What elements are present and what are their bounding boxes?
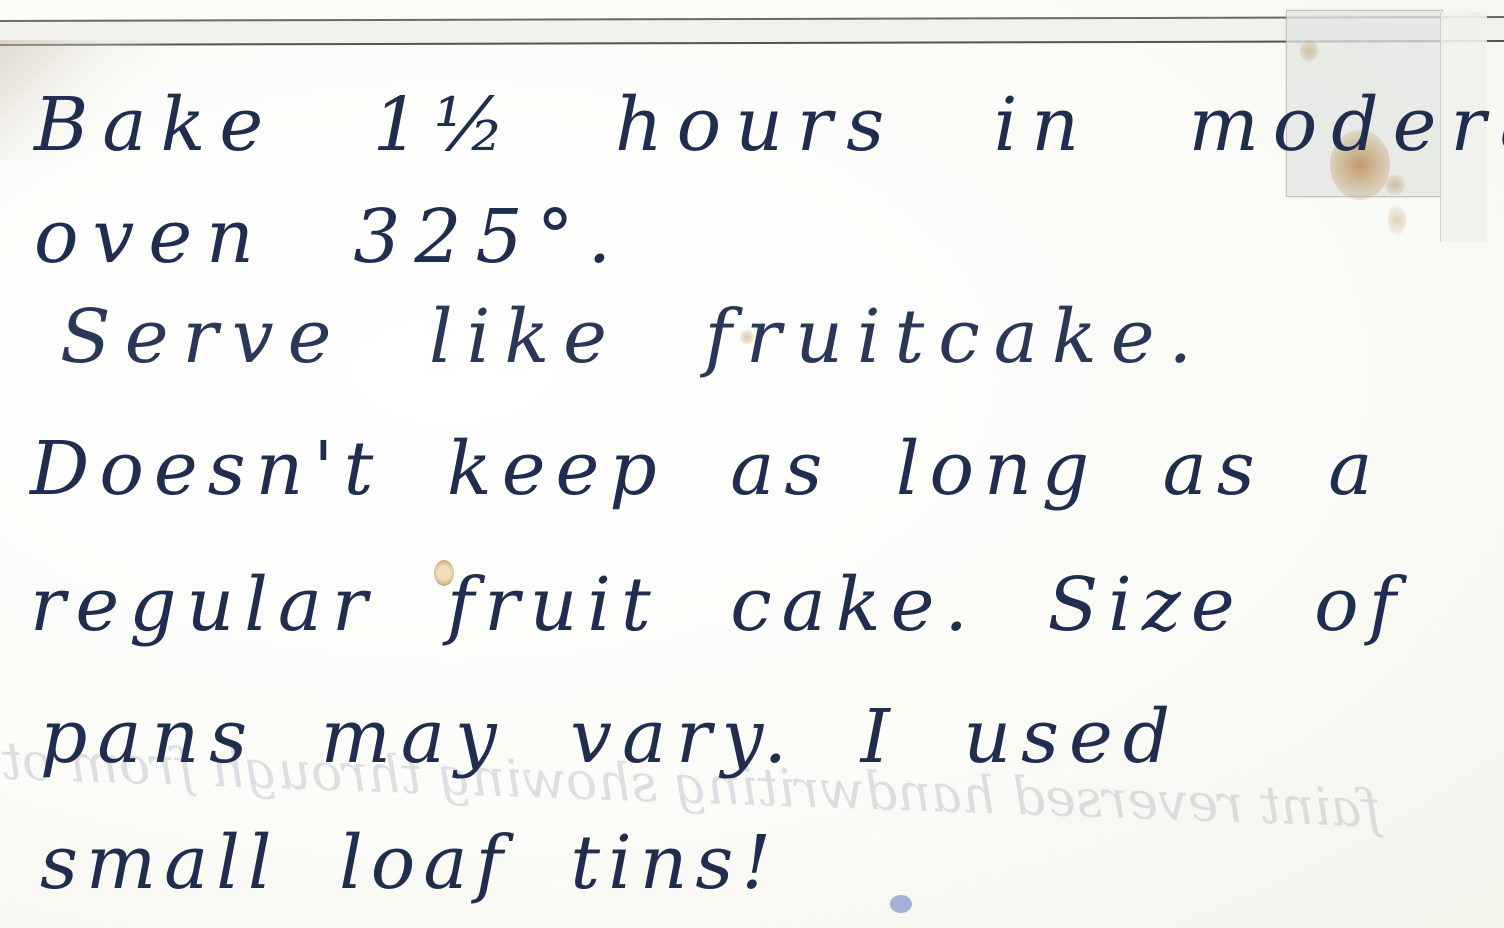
handwritten-line-6: pans may vary. I used <box>40 700 1180 774</box>
food-stain <box>1388 205 1406 235</box>
handwritten-line-4: Doesn't keep as long as a <box>30 432 1382 506</box>
card-top-edge <box>0 16 1504 46</box>
handwritten-line-2: oven 325°. <box>34 200 625 274</box>
handwritten-line-7: small loaf tins! <box>40 826 779 900</box>
recipe-card: faint reversed handwriting showing throu… <box>0 0 1504 928</box>
bleed-through-text: faint reversed handwriting showing throu… <box>818 760 1382 899</box>
food-stain <box>1385 175 1405 195</box>
handwritten-line-1: Bake 1½ hours in moderate <box>34 88 1504 162</box>
handwritten-line-5: regular fruit cake. Size of <box>30 568 1406 642</box>
handwritten-line-3: Serve like fruitcake. <box>60 300 1206 374</box>
ink-blot <box>890 895 912 913</box>
food-stain <box>1300 40 1318 62</box>
